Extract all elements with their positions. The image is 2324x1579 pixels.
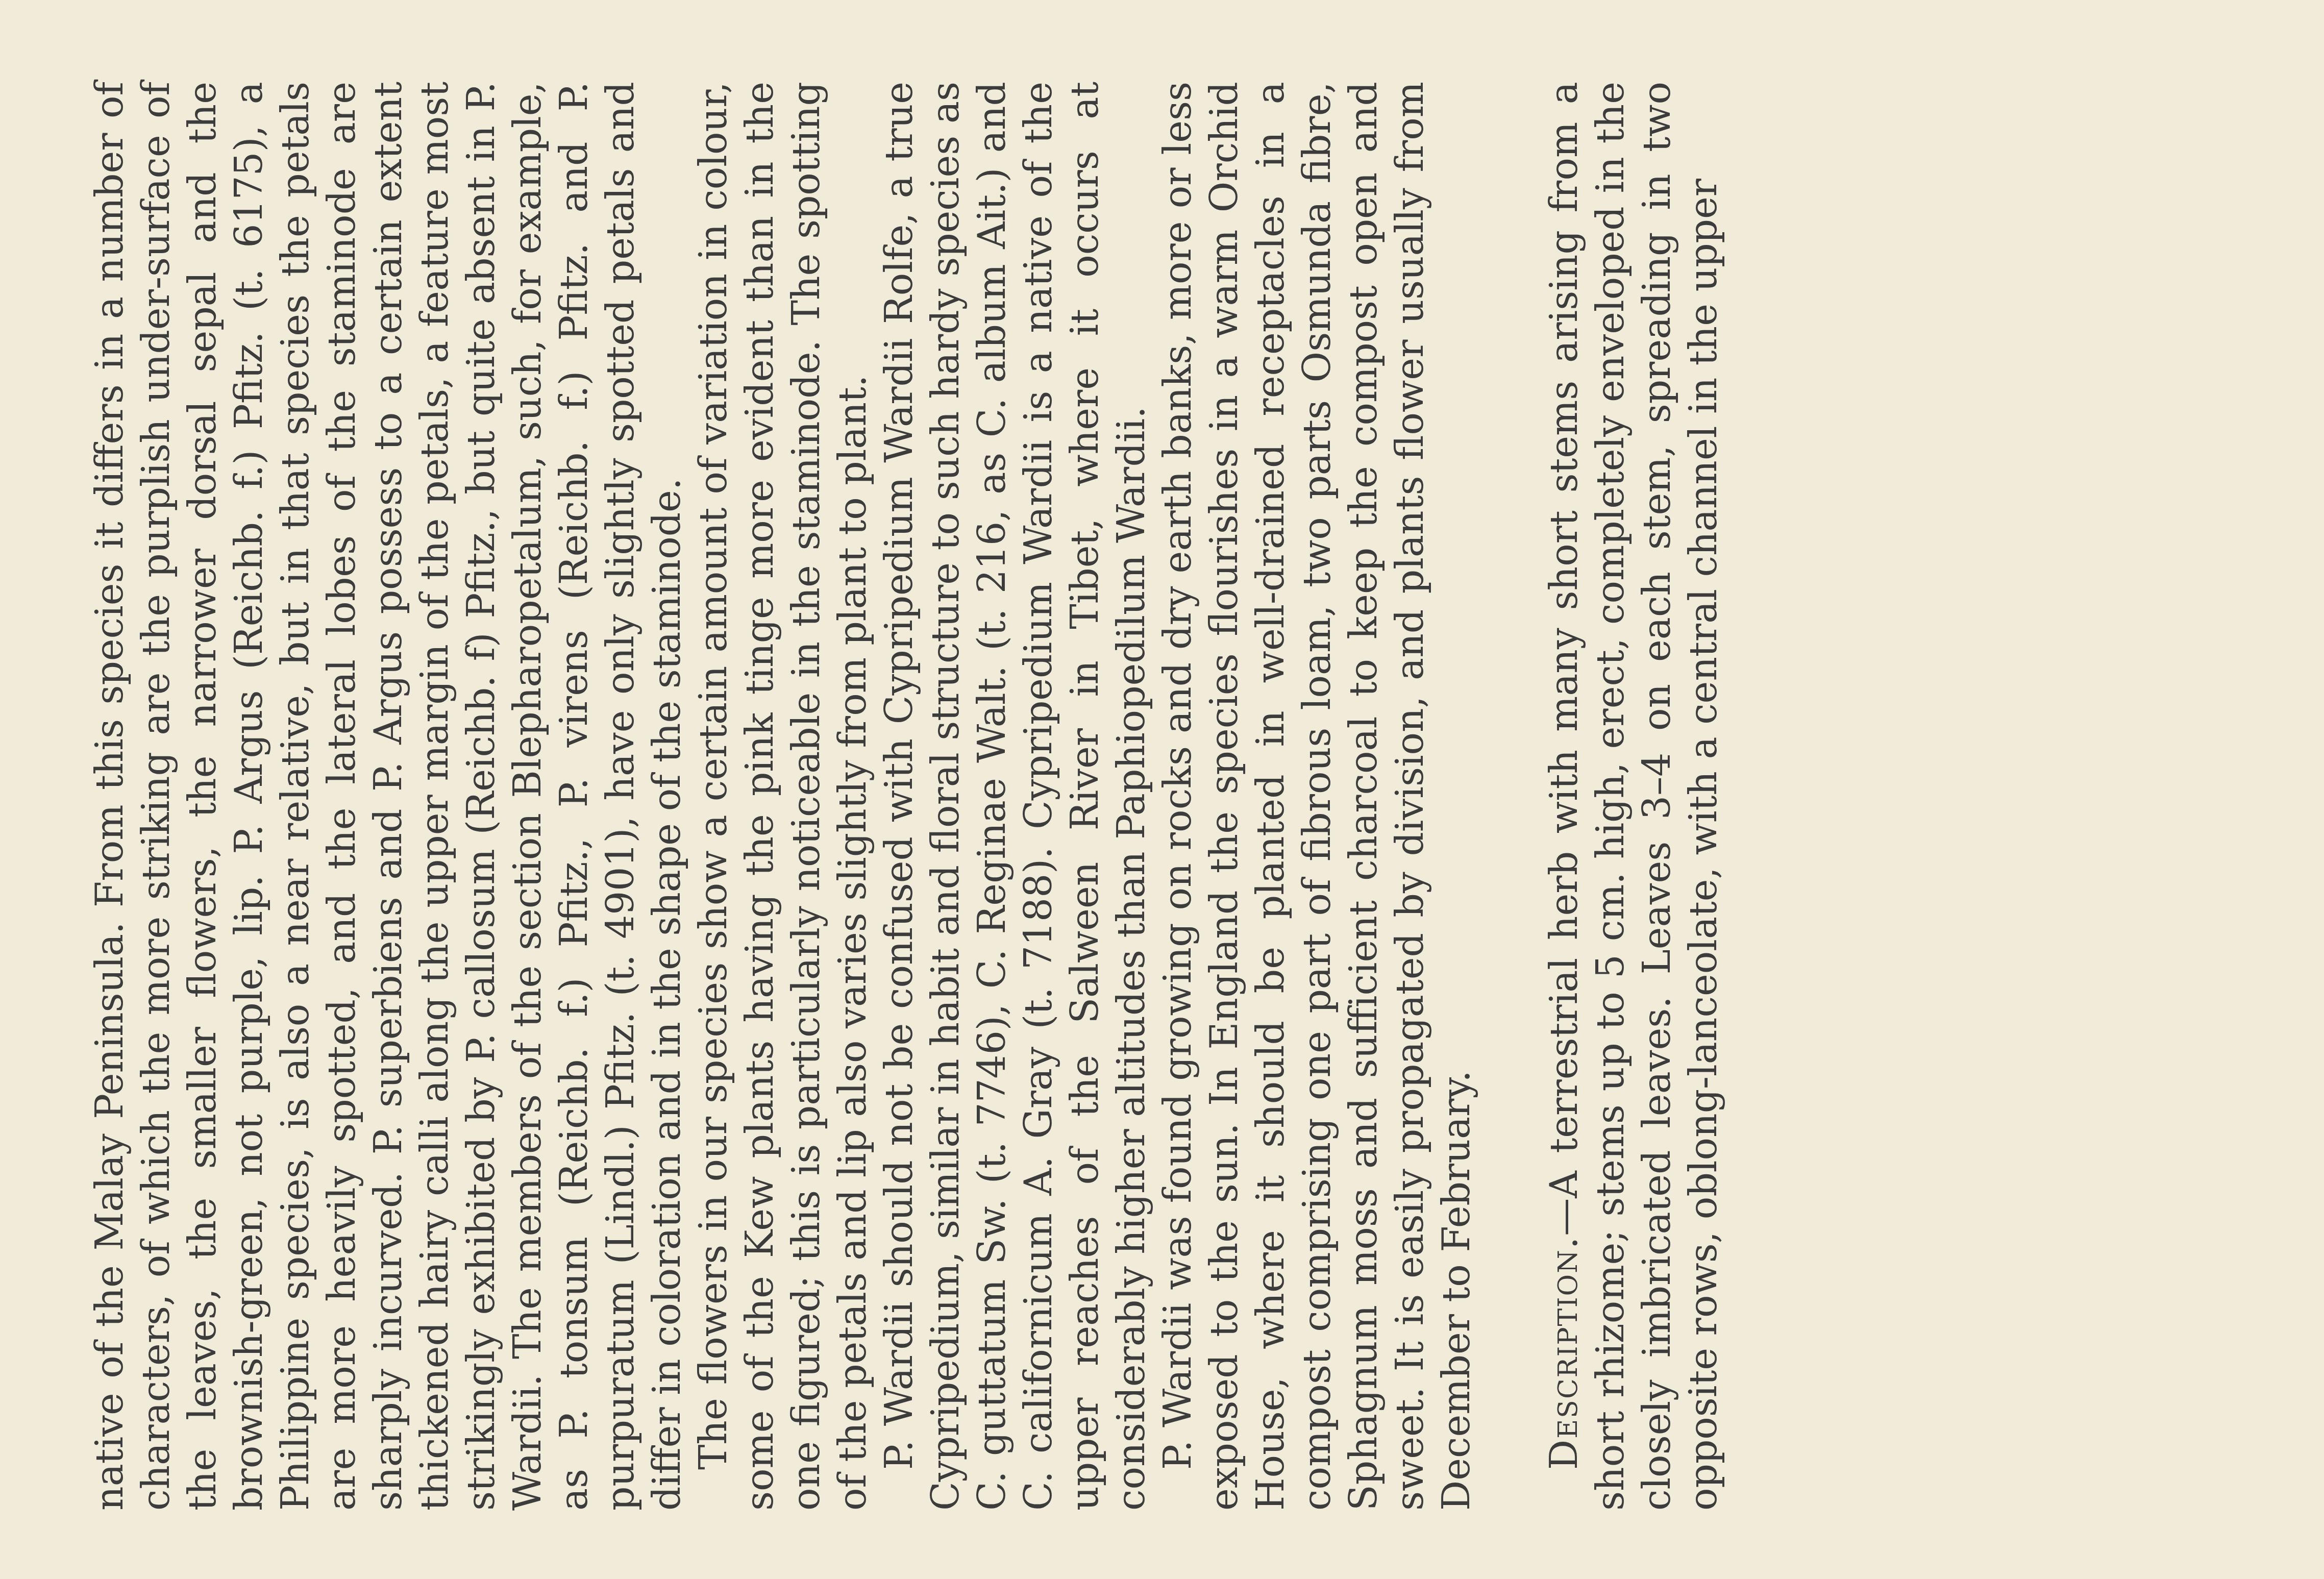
- rotated-text-block: native of the Malay Peninsula. From this…: [87, 82, 1727, 1511]
- paragraph-1: native of the Malay Peninsula. From this…: [87, 82, 690, 1511]
- paragraph-4: P. Wardii was found growing on rocks and…: [1155, 82, 1480, 1511]
- document-page: native of the Malay Peninsula. From this…: [0, 0, 2324, 1579]
- description-heading: Description.: [1542, 1236, 1586, 1470]
- paragraph-3: P. Wardii should not be confused with Cy…: [876, 82, 1155, 1511]
- description-paragraph: Description.—A terrestrial herb with man…: [1541, 82, 1727, 1511]
- section-gap: [1480, 82, 1541, 1511]
- paragraph-2: The flowers in our species show a certai…: [690, 82, 876, 1511]
